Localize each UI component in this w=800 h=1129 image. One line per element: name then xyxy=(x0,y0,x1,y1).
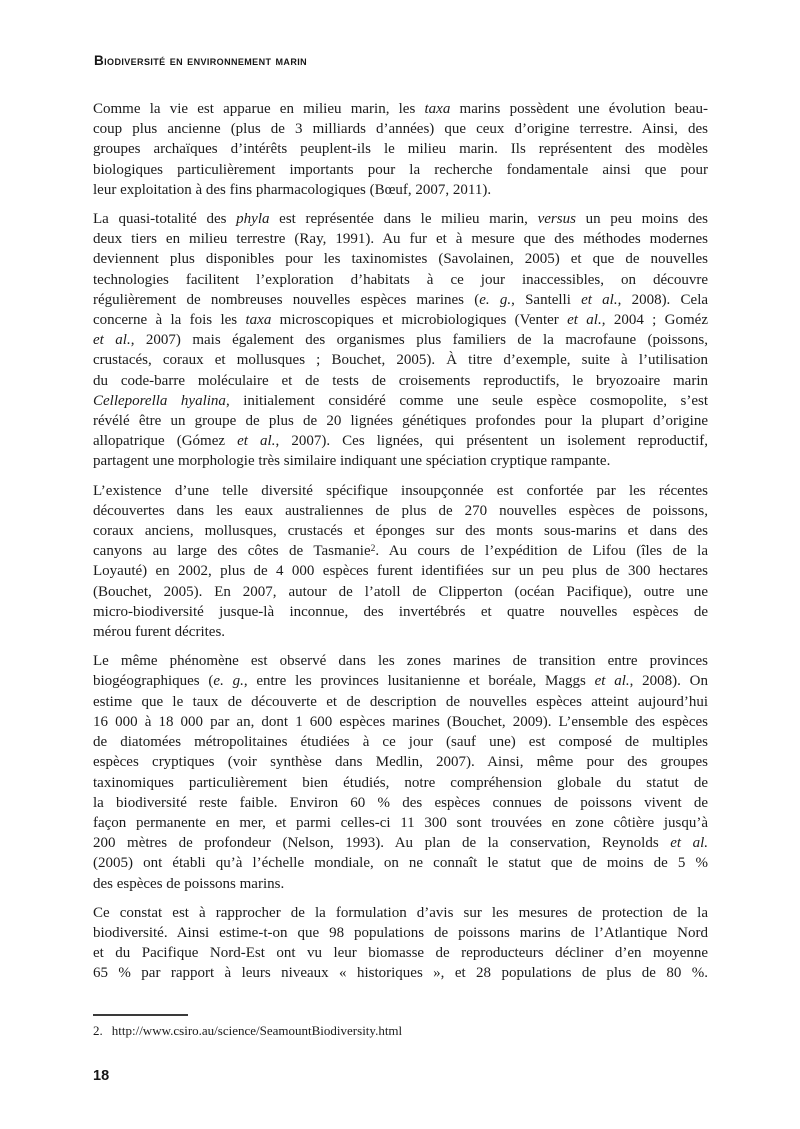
text-line: groupes archaïques d’intérêts peuplent-i… xyxy=(93,139,708,159)
page-number: 18 xyxy=(93,1068,109,1084)
text-line: Celleporella hyalina, initialement consi… xyxy=(93,391,708,411)
text-line: biodiversité. Ainsi estime-t-on que 98 p… xyxy=(93,923,708,943)
text-line: L’existence d’une telle diversité spécif… xyxy=(93,481,708,501)
text-line: leur exploitation à des fins pharmacolog… xyxy=(93,180,708,200)
footnote: 2.http://www.csiro.au/science/SeamountBi… xyxy=(93,1023,708,1039)
text-line: deviennent plus disponibles pour les tax… xyxy=(93,249,708,269)
paragraph: Ce constat est à rapprocher de la formul… xyxy=(93,903,708,984)
text-line: biogéographiques (e. g., entre les provi… xyxy=(93,671,708,691)
text-line: estime que le taux de découverte et de d… xyxy=(93,692,708,712)
text-line: et al., 2007) mais également des organis… xyxy=(93,330,708,350)
text-line: 65 % par rapport à leurs niveaux « histo… xyxy=(93,963,708,983)
text-line: 200 mètres de profondeur (Nelson, 1993).… xyxy=(93,833,708,853)
paragraph: Le même phénomène est observé dans les z… xyxy=(93,651,708,893)
text-line: crustacés, coraux et mollusques ; Bouche… xyxy=(93,350,708,370)
text-line: (Bouchet, 2005). En 2007, autour de l’at… xyxy=(93,582,708,602)
text-line: découvertes dans les eaux australiennes … xyxy=(93,501,708,521)
footnote-separator xyxy=(93,1014,188,1016)
text-line: façon permanente en mer, et parmi celles… xyxy=(93,813,708,833)
paragraph: Comme la vie est apparue en milieu marin… xyxy=(93,99,708,200)
text-line: Comme la vie est apparue en milieu marin… xyxy=(93,99,708,119)
text-line: La quasi-totalité des phyla est représen… xyxy=(93,209,708,229)
paragraph: L’existence d’une telle diversité spécif… xyxy=(93,481,708,643)
body-text: Comme la vie est apparue en milieu marin… xyxy=(93,99,708,984)
text-line: révélé être un groupe de plus de 20 lign… xyxy=(93,411,708,431)
text-line: taxinomiques particulièrement bien étudi… xyxy=(93,773,708,793)
text-line: de diatomées métropolitaines étudiées à … xyxy=(93,732,708,752)
footnote-marker: 2. xyxy=(93,1023,103,1038)
document-page: Biodiversité en environnement marin Comm… xyxy=(0,0,800,1129)
text-line: micro-biodiversité jusque-là inconnue, d… xyxy=(93,602,708,622)
text-line: espèces cryptiques (voir synthèse dans M… xyxy=(93,752,708,772)
text-line: 16 000 à 18 000 par an, dont 1 600 espèc… xyxy=(93,712,708,732)
text-line: Loyauté) en 2002, plus de 4 000 espèces … xyxy=(93,561,708,581)
text-line: régulièrement de nombreuses nouvelles es… xyxy=(93,290,708,310)
text-line: coraux anciens, mollusques, crustacés et… xyxy=(93,521,708,541)
text-line: technologies facilitent l’exploration d’… xyxy=(93,270,708,290)
text-line: Ce constat est à rapprocher de la formul… xyxy=(93,903,708,923)
text-line: Le même phénomène est observé dans les z… xyxy=(93,651,708,671)
text-line: biologiques particulièrement importants … xyxy=(93,160,708,180)
text-line: coup plus ancienne (plus de 3 milliards … xyxy=(93,119,708,139)
paragraph: La quasi-totalité des phyla est représen… xyxy=(93,209,708,472)
text-line: partagent une morphologie très similaire… xyxy=(93,451,708,471)
text-line: canyons au large des côtes de Tasmanie2.… xyxy=(93,541,708,561)
text-line: la biodiversité reste faible. Environ 60… xyxy=(93,793,708,813)
text-line: concerne à la fois les taxa microscopiqu… xyxy=(93,310,708,330)
text-line: du code-barre moléculaire et de tests de… xyxy=(93,371,708,391)
text-line: allopatrique (Gómez et al., 2007). Ces l… xyxy=(93,431,708,451)
text-line: deux tiers en milieu terrestre (Ray, 199… xyxy=(93,229,708,249)
text-line: (2005) ont établi qu’à l’échelle mondial… xyxy=(93,853,708,873)
footnote-url: http://www.csiro.au/science/SeamountBiod… xyxy=(112,1023,402,1038)
running-header: Biodiversité en environnement marin xyxy=(94,53,307,68)
text-line: des espèces de poissons marins. xyxy=(93,874,708,894)
text-line: et du Pacifique Nord-Est ont vu leur bio… xyxy=(93,943,708,963)
text-line: mérou furent décrites. xyxy=(93,622,708,642)
